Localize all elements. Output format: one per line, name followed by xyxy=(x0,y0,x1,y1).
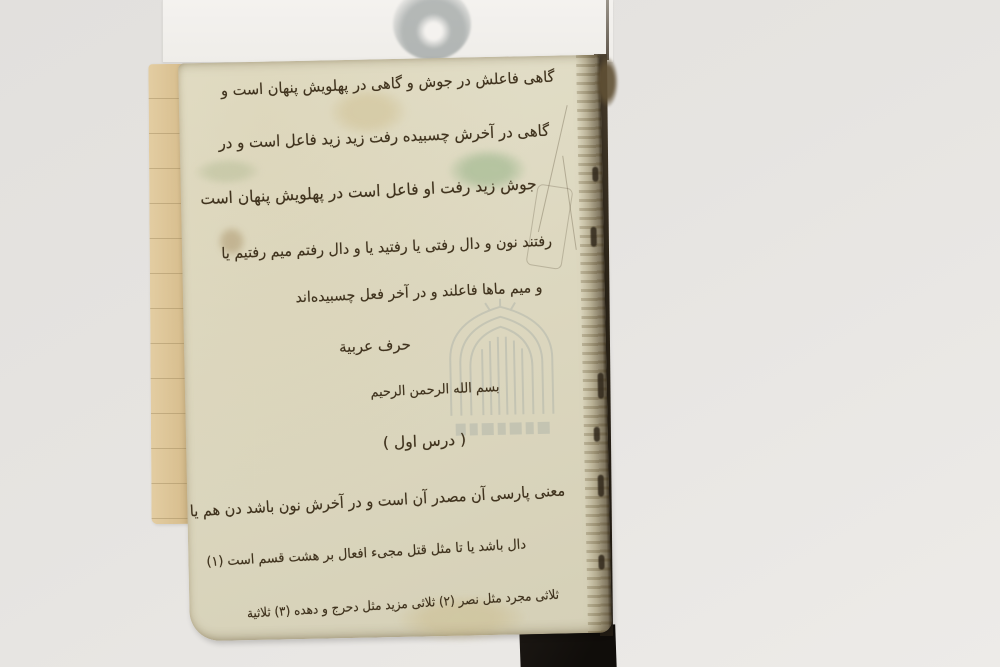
manuscript-photo: گاهی فاعلش در جوش و گاهی در پهلویش پنهان… xyxy=(0,0,1000,667)
library-emblem-watermark xyxy=(435,295,568,443)
pencil-sketch-outline xyxy=(525,183,573,270)
fore-edge-mark xyxy=(592,167,598,182)
manuscript-page: گاهی فاعلش در جوش و گاهی در پهلویش پنهان… xyxy=(178,55,612,642)
manuscript-line-4: رفتند نون و دال رفتی یا رفتید یا و دال ر… xyxy=(221,232,552,263)
green-stain xyxy=(194,158,261,185)
fore-edge-mark xyxy=(598,555,604,570)
page-top-edge-blob xyxy=(596,57,618,107)
fore-edge-mark xyxy=(598,475,604,497)
ink-blot-stain xyxy=(393,0,471,60)
manuscript-line-9: معنی پارسی آن مصدر آن است و در آخرش نون … xyxy=(189,481,565,520)
sheet-edge-line xyxy=(606,0,609,60)
manuscript-line-10: دال باشد یا تا مثل قتل مجیء افعال بر هشت… xyxy=(206,536,526,570)
underlying-sheet xyxy=(162,0,613,62)
fore-edge-mark xyxy=(591,227,597,247)
lesson-title-line: ( درس اول ) xyxy=(186,425,608,461)
